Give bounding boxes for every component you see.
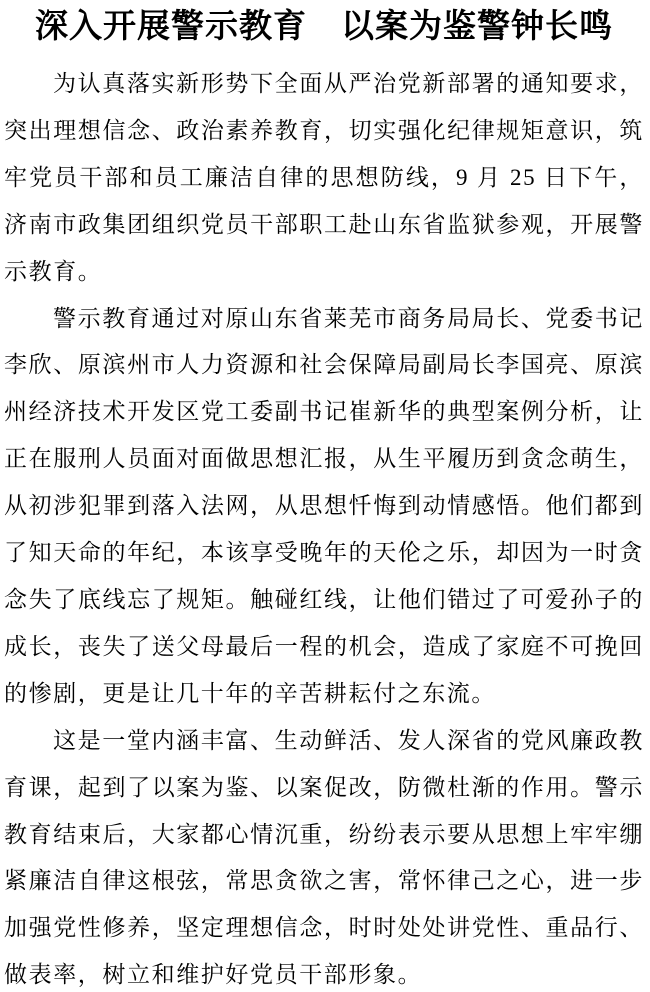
paragraph-1: 为认真落实新形势下全面从严治党新部署的通知要求，突出理想信念、政治素养教育，切实… xyxy=(4,61,644,296)
document-title: 深入开展警示教育 以案为鉴警钟长鸣 xyxy=(4,5,644,49)
paragraph-2: 警示教育通过对原山东省莱芜市商务局局长、党委书记李欣、原滨州市人力资源和社会保障… xyxy=(4,296,644,718)
document-body: 为认真落实新形势下全面从严治党新部署的通知要求，突出理想信念、政治素养教育，切实… xyxy=(4,61,644,992)
paragraph-3: 这是一堂内涵丰富、生动鲜活、发人深省的党风廉政教育课，起到了以案为鉴、以案促改，… xyxy=(4,718,644,992)
document-page: 深入开展警示教育 以案为鉴警钟长鸣 为认真落实新形势下全面从严治党新部署的通知要… xyxy=(0,0,650,992)
